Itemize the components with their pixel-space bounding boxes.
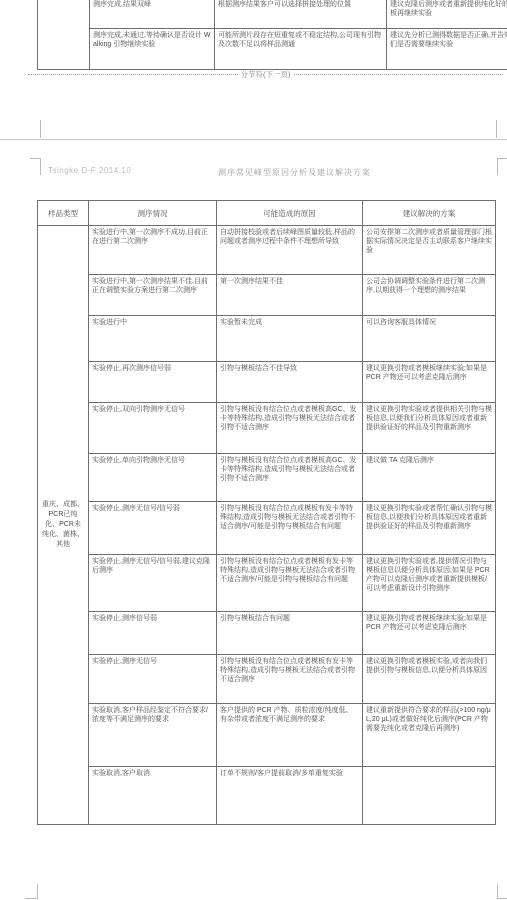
solution-cell: 公司会协调调整实验条件进行第二次测序,以期获得一个理想的测序结果 xyxy=(363,275,496,316)
page-header: Tsingke D-F 2014.10 测序常见峰型原因分析及建议解决方案 xyxy=(0,166,507,180)
situation-cell: 实验进行中 xyxy=(89,316,217,362)
table-row: 实验停止,测序无信号/信号弱引物与模板没有结合位点或模板有发卡等特殊结构,造成引… xyxy=(38,502,496,555)
section-break-label: 分节符(下一页) xyxy=(238,69,294,80)
table-row: 实验进行中,第一次测序结果不佳,目前正在调整实验方案进行第二次测序第一次测序结果… xyxy=(38,275,496,316)
situation-cell: 实验取消,客户取消 xyxy=(89,767,217,825)
situation-cell: 实验取消,客户样品经鉴定不符合要求/浓度等不满足测序的要求 xyxy=(89,704,217,767)
table-row: 测序完成,未通过,等待确认是否设计 Walking 引物继续实验可能所测片段存在… xyxy=(38,29,507,70)
cause-cell: 根据测序结果客户可以选择拼接处理的位置 xyxy=(215,0,387,29)
situation-cell: 实验停止,测序信号弱 xyxy=(89,612,217,655)
solution-cell: 建议更换引物或者模板继续实验;如果是 PCR 产物还可以考虑克隆后测序 xyxy=(363,612,496,655)
column-header-sample-type: 样品类型 xyxy=(38,201,89,226)
situation-cell: 实验进行中,第一次测序结果不佳,目前正在调整实验方案进行第二次测序 xyxy=(89,275,217,316)
cause-cell: 引物与模板结合不佳导致 xyxy=(217,362,363,403)
cause-cell: 引物与模板没有结合位点或模板有发卡等特殊结构,造成引物与模板无法结合或者引物不适… xyxy=(217,502,363,555)
previous-page-table-body: 测序完成,结果双峰根据测序结果客户可以选择拼接处理的位置建议克隆后测序或者重新提… xyxy=(38,0,507,70)
document-title: 测序常见峰型原因分析及建议解决方案 xyxy=(218,167,371,178)
cause-cell: 引物与模板没有结合位点或者模板高GC、发卡等特殊结构,造成引物与模板无法结合或者… xyxy=(217,403,363,454)
table-row: 实验取消,客户样品经鉴定不符合要求/浓度等不满足测序的要求客户提供的 PCR 产… xyxy=(38,704,496,767)
situation-cell: 测序完成,结果双峰 xyxy=(90,0,215,29)
column-header-solution: 建议解决的方案 xyxy=(363,201,496,226)
column-header-situation: 测序情况 xyxy=(89,201,217,226)
column-header-cause: 可能造成的原因 xyxy=(217,201,363,226)
troubleshooting-table-body: 重庆、成都、PCR已纯化、PCR未纯化、菌株、其他实验进行中,第一次测序不成功,… xyxy=(38,226,496,825)
situation-cell: 实验停止,测序无信号 xyxy=(89,655,217,704)
table-header-row: 样品类型 测序情况 可能造成的原因 建议解决的方案 xyxy=(38,201,496,226)
situation-cell: 实验停止,单向引物测序无信号 xyxy=(89,454,217,502)
table-row: 实验停止,测序信号弱引物与模板结合有问题建议更换引物或者模板继续实验;如果是 P… xyxy=(38,612,496,655)
document-id: Tsingke D-F 2014.10 xyxy=(48,166,131,175)
document-page: { "page1": { "break_label": "分节符(下一页)", … xyxy=(0,0,507,900)
cause-cell: 第一次测序结果不佳 xyxy=(217,275,363,316)
situation-cell: 实验停止,测序无信号/信号弱 xyxy=(89,502,217,555)
cause-cell: 可能所测片段存在短重复或不稳定结构,公司现有引物及次数不足以将样品测通 xyxy=(215,29,387,70)
cause-cell: 实验暂未完成 xyxy=(217,316,363,362)
table-row: 实验进行中实验暂未完成可以咨询客服具体情况 xyxy=(38,316,496,362)
table-row: 测序完成,结果双峰根据测序结果客户可以选择拼接处理的位置建议克隆后测序或者重新提… xyxy=(38,0,507,29)
solution-cell: 建议更换引物实验或者帮忙确认引物与模板信息,以便我们分析具体原因或者重新提供验证… xyxy=(363,502,496,555)
cause-cell: 引物与模板没有结合位点或者模板有发卡等特殊结构,造成引物与模板无法结合或者引物不… xyxy=(217,655,363,704)
sample-type-cell: 重庆、成都、PCR已纯化、PCR未纯化、菌株、其他 xyxy=(38,226,89,825)
table-row: 实验停止,测序无信号引物与模板没有结合位点或者模板有发卡等特殊结构,造成引物与模… xyxy=(38,655,496,704)
page1-corner-mark-left xyxy=(40,120,41,138)
sample-type-cell-continued xyxy=(38,0,90,70)
table-row: 实验停止,测序无信号/信号弱,建议克隆后测序引物与模板没有结合位点或者模板有发卡… xyxy=(38,555,496,612)
page2-corner-mark-bottom-left xyxy=(25,884,38,899)
page1-corner-mark-right xyxy=(496,120,497,138)
cause-cell: 引物与模板结合有问题 xyxy=(217,612,363,655)
solution-cell: 建议先分析已测得数据是否正确,并告知我们是否需要继续实验 xyxy=(387,29,507,70)
situation-cell: 测序完成,未通过,等待确认是否设计 Walking 引物继续实验 xyxy=(90,29,215,70)
cause-cell: 客户提供的 PCR 产物、质粒浓度/纯度低、有杂带或者浓度不满足测序的要求 xyxy=(217,704,363,767)
previous-page-table-fragment: 测序完成,结果双峰根据测序结果客户可以选择拼接处理的位置建议克隆后测序或者重新提… xyxy=(37,0,507,70)
situation-cell: 实验停止,测序无信号/信号弱,建议克隆后测序 xyxy=(89,555,217,612)
section-break-dots-right xyxy=(294,74,504,75)
solution-cell: 建议更换引物或者模板继续实验;如果是 PCR 产物还可以考虑克隆后测序 xyxy=(363,362,496,403)
section-break-marker: 分节符(下一页) xyxy=(28,69,503,80)
solution-cell: 公司安排第二次测序或者质量管理部门根据实际情况决定是否主动联系客户继续实验 xyxy=(363,226,496,275)
page-boundary-line xyxy=(0,139,507,140)
cause-cell: 引物与模板没有结合位点或者模板高GC、发卡等特殊结构,造成引物与模板无法结合或者… xyxy=(217,454,363,502)
solution-cell: 建议重新提供符合要求的样品(>100 ng/μL,20 μL)或者做好纯化后测序… xyxy=(363,704,496,767)
table-row: 实验取消,客户取消订单不规则/客户提前取消/多单重复实验 xyxy=(38,767,496,825)
cause-cell: 引物与模板没有结合位点或者模板有发卡等特殊结构,造成引物与模板无法结合或者引物不… xyxy=(217,555,363,612)
cause-cell: 自动拼接校验或者后续峰图质量较低,样品的问题或者测序过程中条件不理想所导致 xyxy=(217,226,363,275)
situation-cell: 实验停止,再次测序信号弱 xyxy=(89,362,217,403)
solution-cell xyxy=(363,767,496,825)
table-row: 实验停止,单向引物测序无信号引物与模板没有结合位点或者模板高GC、发卡等特殊结构… xyxy=(38,454,496,502)
page2-corner-mark-bottom-right xyxy=(497,884,507,899)
section-break-dots-left xyxy=(28,74,238,75)
table-row: 实验停止,双向引物测序无信号引物与模板没有结合位点或者模板高GC、发卡等特殊结构… xyxy=(38,403,496,454)
troubleshooting-table: 样品类型 测序情况 可能造成的原因 建议解决的方案 重庆、成都、PCR已纯化、P… xyxy=(37,200,496,825)
solution-cell: 建议更换引物实验或者,提供情况引物与模板信息以便分析具体原因;如果是 PCR 产… xyxy=(363,555,496,612)
table-row: 实验停止,再次测序信号弱引物与模板结合不佳导致建议更换引物或者模板继续实验;如果… xyxy=(38,362,496,403)
situation-cell: 实验停止,双向引物测序无信号 xyxy=(89,403,217,454)
solution-cell: 建议更换引物或者模板实验,或者向我们提供引物与模板信息,以便分析具体原因 xyxy=(363,655,496,704)
cause-cell: 订单不规则/客户提前取消/多单重复实验 xyxy=(217,767,363,825)
table-row: 重庆、成都、PCR已纯化、PCR未纯化、菌株、其他实验进行中,第一次测序不成功,… xyxy=(38,226,496,275)
solution-cell: 建议克隆后测序或者重新提供纯化好的模板再继续实验 xyxy=(387,0,507,29)
situation-cell: 实验进行中,第一次测序不成功,目前正在进行第二次测序 xyxy=(89,226,217,275)
solution-cell: 建议更换引物实验或者提供相关引物与模板信息,以便我们分析具体原因或者重新提供验证… xyxy=(363,403,496,454)
solution-cell: 建议做 TA 克隆后测序 xyxy=(363,454,496,502)
solution-cell: 可以咨询客服具体情况 xyxy=(363,316,496,362)
